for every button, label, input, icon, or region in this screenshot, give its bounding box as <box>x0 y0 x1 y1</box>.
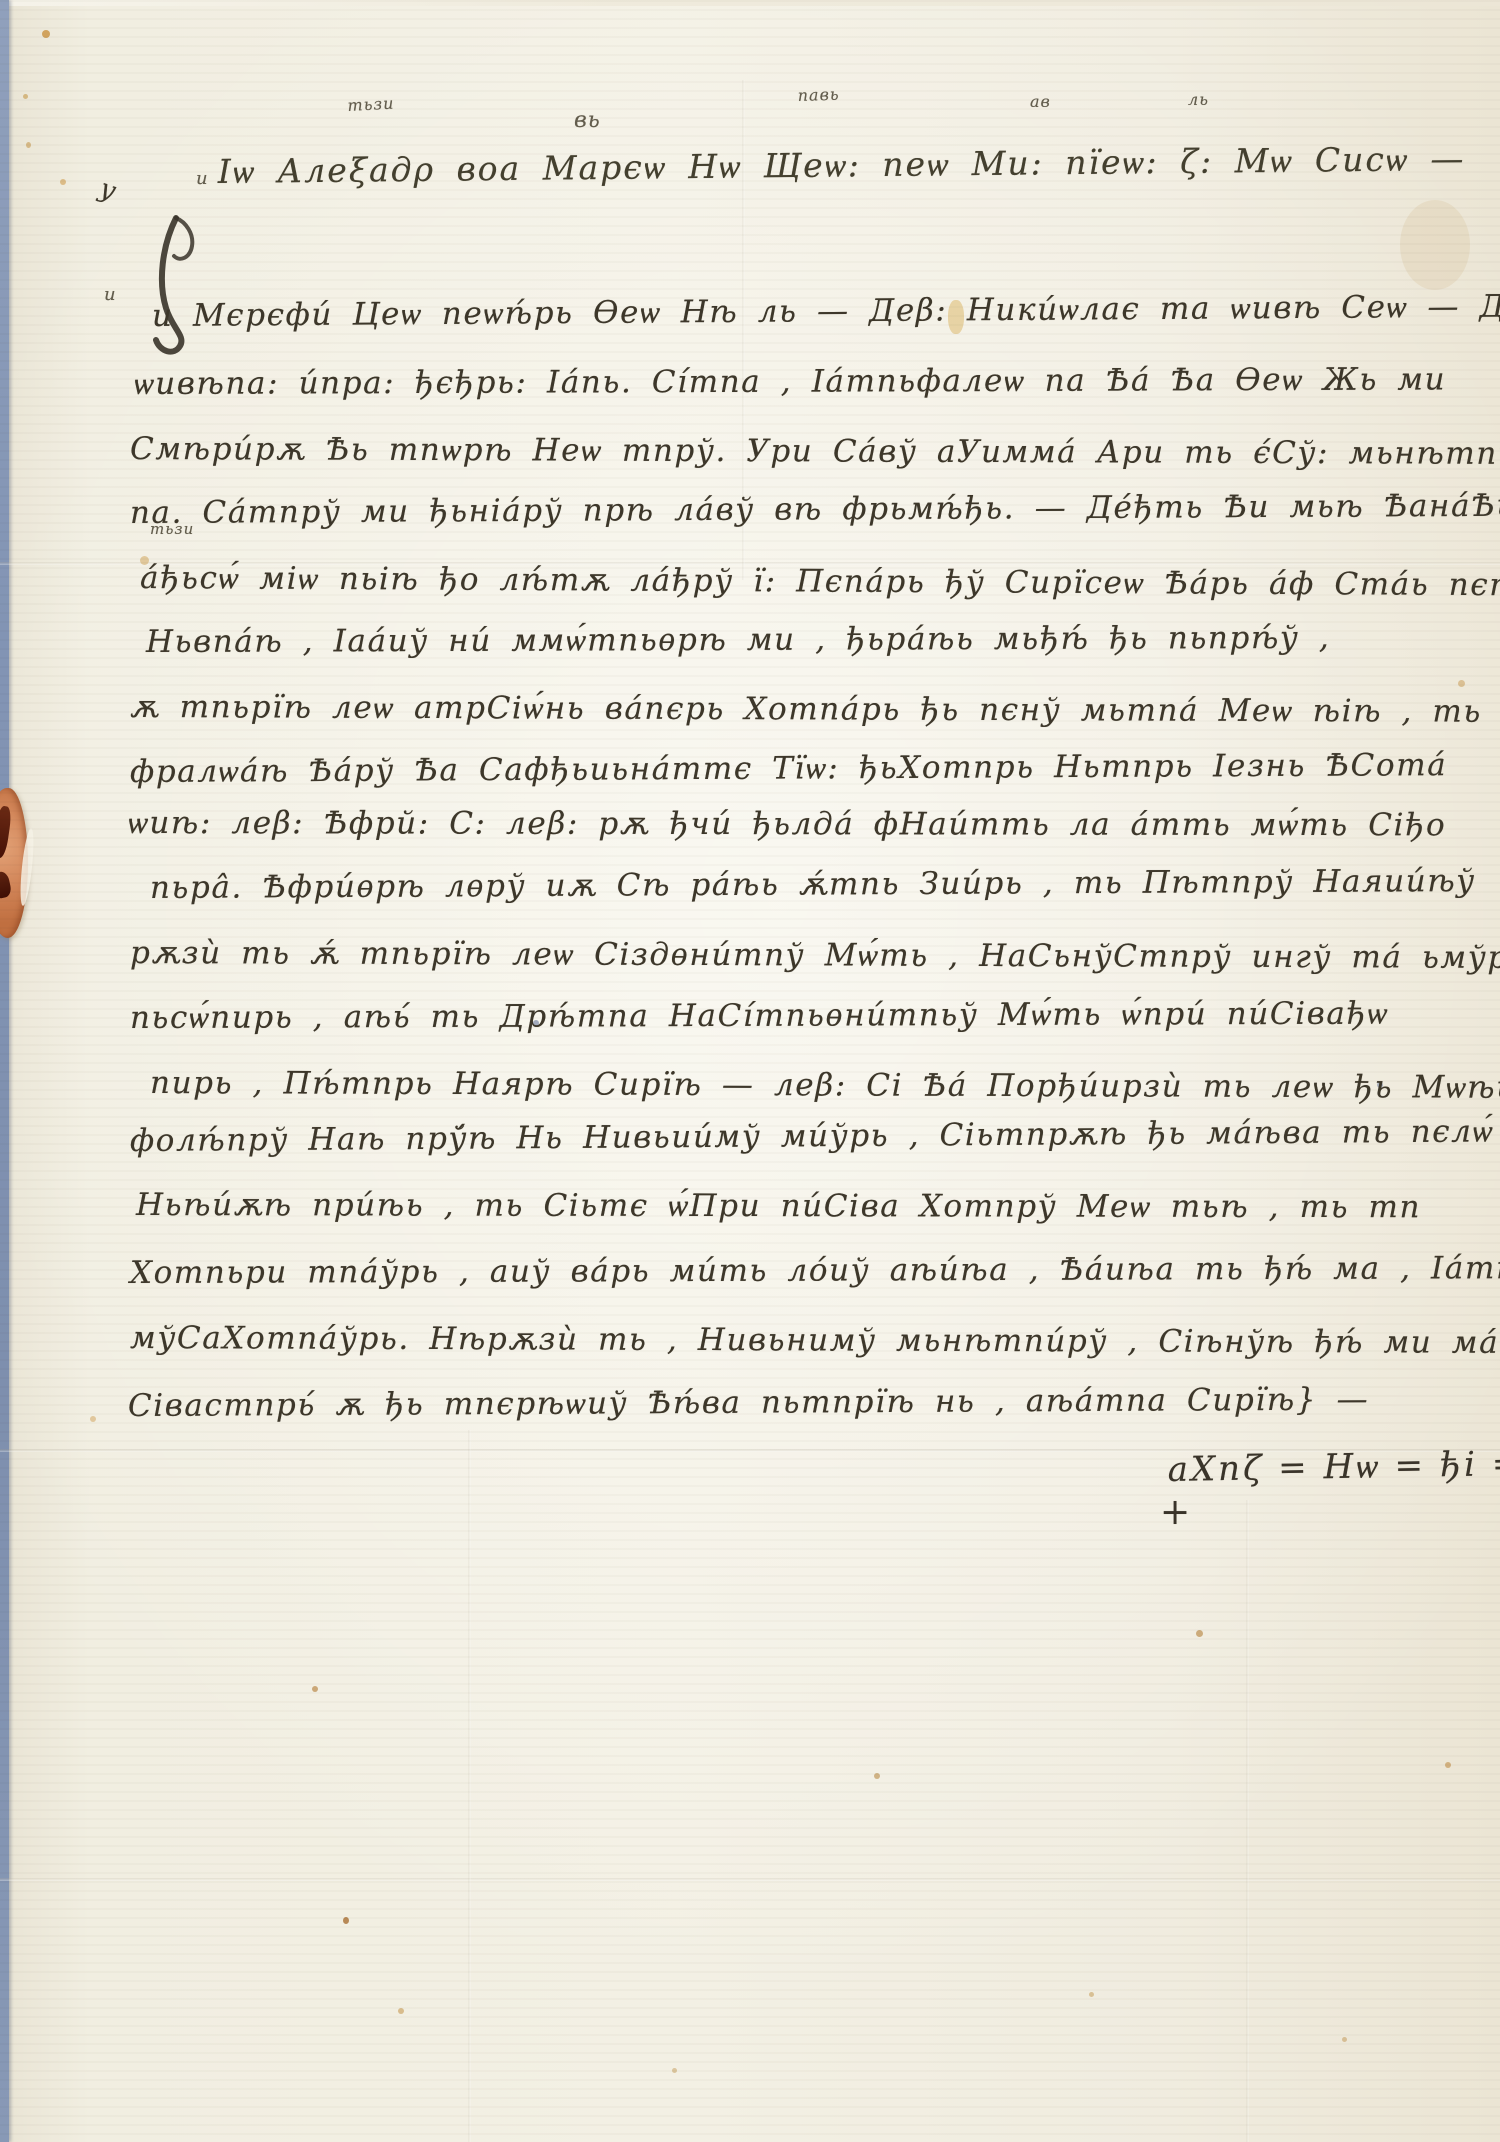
foxing-spot <box>90 1416 96 1422</box>
stain <box>1400 200 1470 290</box>
wax-seal-dark-core <box>0 870 13 899</box>
initial-flourish <box>142 212 232 372</box>
body-line: фралѡа́ѣ Ѣа́рў Ѣа Сафђьиьна́ттє Тїѡ: ђьХ… <box>130 747 1448 790</box>
body-line: и Мєрєфи́ Цеѡ пеѡѣ́рь Ѳеѡ Нѣ ль — Деβ: Н… <box>152 286 1500 334</box>
foxing-spot <box>1445 1762 1451 1768</box>
body-line: а́ђьсѡ́ міѡ пьіѣ ђо лѣ́тѫ ла́ђрў ї: Пєпа… <box>140 560 1500 604</box>
foxing-spot <box>60 179 66 185</box>
margin-mark-small: и <box>104 284 117 305</box>
fold-crease <box>0 1878 1500 1881</box>
header-superscript: тьзи <box>347 94 395 115</box>
foxing-spot <box>1089 1992 1094 1997</box>
header-superscript: ль <box>1188 90 1209 109</box>
header-superscript: ав <box>1030 92 1051 111</box>
foxing-spot <box>26 142 31 148</box>
body-line: мўСаХотпа́ўрь. Нѣрѫзѝ ть , Нивьнимў мьнѣ… <box>130 1320 1500 1361</box>
fold-crease <box>1246 1500 1249 2142</box>
date-line: аХпζ = Нѡ = ђі = <box>1167 1444 1500 1490</box>
header-superscript: вь <box>574 108 601 133</box>
header-superscript: павь <box>797 85 840 105</box>
wax-seal-dark-core <box>0 805 13 858</box>
foxing-spot <box>312 1686 318 1692</box>
body-line: рѫзѝ ть ѫ́ тпьрїѣ леѡ Сіздѳни́тпў Мѡ́ть … <box>130 935 1500 976</box>
manuscript-page: тьзи вь павь ав ль у и и тьзи Іѡ Алеξадρ… <box>0 0 1500 2142</box>
header-line: Іѡ Алеξадρ воа Марєѡ Нѡ Щеѡ: пеѡ Ми: пїе… <box>218 139 1466 192</box>
wax-seal <box>0 788 28 938</box>
margin-mark-small: и <box>196 168 209 189</box>
body-line: пирь , Пѣ́тпрь Наярѣ Сирїѣ — леβ: Сі Ѣа́… <box>150 1065 1500 1106</box>
foxing-spot <box>23 94 28 99</box>
margin-mark: у <box>96 173 120 206</box>
wax-seal-rim <box>18 828 36 907</box>
mount-edge <box>0 0 9 2142</box>
body-line: Ньвпа́ѣ , Іаа́иў ни́ ммѡ́тпьѳрѣ ми , ђьр… <box>146 620 1331 660</box>
foxing-spot <box>42 30 50 38</box>
foxing-spot <box>398 2008 404 2014</box>
foxing-spot <box>1342 2037 1347 2042</box>
body-line: па. Са́тпрў ми ђьніа́рў прѣ ла́вў вѣ фрь… <box>130 488 1500 531</box>
fold-crease <box>468 1430 471 2142</box>
foxing-spot <box>672 2068 677 2073</box>
body-line: Сівастпрь́ ѫ ђь тпєрѣѡиў Ѣѣ́ва пьтпрїѣ н… <box>128 1382 1369 1424</box>
body-line: Хотпьри тпа́ўрь , аиў ва́рь ми́ть ло́иў … <box>130 1250 1500 1291</box>
body-line: пьсѡ́пирь , аѣь́ ть Дрѣ́тпа НаСі́тпьѳни́… <box>130 996 1389 1036</box>
body-line: ѡивѣпа: и́пра: ђєђрь: Іа́пь. Сі́тпа , Іа… <box>134 361 1446 402</box>
foxing-spot <box>1196 1630 1203 1637</box>
foxing-spot <box>874 1773 880 1779</box>
body-line: фолѣ́прў Наѣ прў́ѣ Нь Нивьии́мў ми́ўрь ,… <box>130 1113 1494 1159</box>
cross-mark: + <box>1160 1492 1190 1533</box>
paper-top-edge <box>0 0 1500 6</box>
foxing-spot <box>1458 680 1465 687</box>
body-line: Смѣри́рѫ Ѣь тпѡрѣ Неѡ тпрў. Ури Са́вў аУ… <box>130 431 1500 473</box>
body-line: Ньѣи́ѫѣ при́ѣь , ть Сіьтє ѡ́При пи́Сіва … <box>136 1187 1421 1225</box>
foxing-spot <box>343 1917 349 1924</box>
body-line: пьра̂. Ѣфри́ѳрѣ лѳрў иѫ Сѣ ра́ѣь ѫ́тпь З… <box>150 863 1476 906</box>
body-line: ѫ тпьрїѣ леѡ атрСіѡ́нь ва́пєрь Хотпа́рь … <box>130 689 1500 730</box>
body-line: ѡиѣ: леβ: Ѣфрй: С: леβ: рѫ ђчи́ ђьлда́ ф… <box>128 805 1446 843</box>
